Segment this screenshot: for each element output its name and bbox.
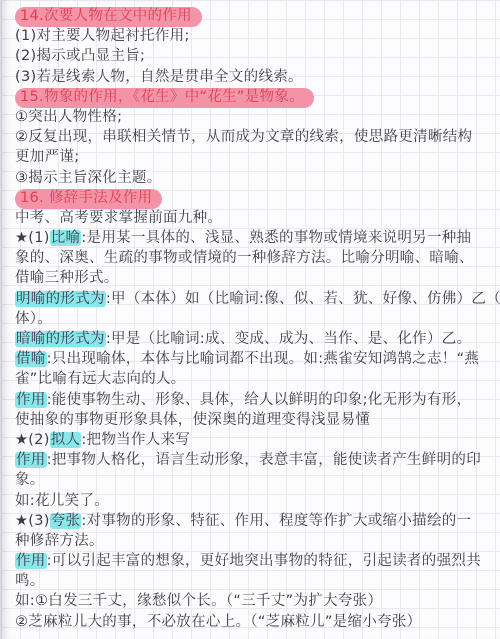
note-line: 作用:能使事物生动、形象、具体，给人以鲜明的印象;化无形为有形， bbox=[15, 390, 497, 410]
note-line: 15.物象的作用，《花生》中“花生”是物象。 bbox=[15, 87, 497, 107]
text-run: 如:花儿笑了。 bbox=[15, 493, 109, 509]
note-line: 种修辞方法。 bbox=[15, 531, 497, 551]
text-run: :把物当作人来写 bbox=[81, 432, 190, 448]
text-run: 中考、高考要求掌握前面九种。 bbox=[15, 210, 222, 226]
text-run: 鸣。 bbox=[15, 573, 45, 589]
highlighted-term: 明喻的形式为 bbox=[15, 291, 106, 307]
text-run: ①突出人物性格; bbox=[15, 109, 122, 125]
highlighted-term: 夸张 bbox=[50, 513, 82, 529]
note-line: 使抽象的事物更形象具体，使深奥的道理变得浅显易懂 bbox=[15, 410, 497, 430]
text-run: 象的、深奥、生疏的事物或情境的一种修辞方法。比喻分明喻、暗喻、 bbox=[15, 250, 474, 266]
note-line: 16. 修辞手法及作用 bbox=[15, 188, 497, 208]
highlighted-term: 比喻 bbox=[50, 230, 82, 246]
section-heading: 16. 修辞手法及作用 bbox=[15, 189, 162, 209]
text-run: 种修辞方法。 bbox=[15, 533, 104, 549]
highlighted-term: 拟人 bbox=[50, 432, 82, 448]
highlighted-term: 借喻 bbox=[15, 351, 47, 367]
text-run: (2)揭示或凸显主旨; bbox=[15, 48, 145, 64]
text-run: (1)对主要人物起衬托作用; bbox=[15, 28, 190, 44]
note-line: 明喻的形式为:甲（本体）如（比喻词:像、似、若、犹、好像、仿佛）乙（喻 bbox=[15, 289, 497, 309]
note-line: 借喻三种形式。 bbox=[15, 268, 497, 288]
note-line: 鸣。 bbox=[15, 571, 497, 591]
note-page: 14.次要人物在文中的作用(1)对主要人物起衬托作用;(2)揭示或凸显主旨;(3… bbox=[0, 0, 500, 639]
note-line: 暗喻的形式为:甲是（比喻词:成、变成、成为、当作、是、化作）乙。 bbox=[15, 329, 497, 349]
text-run: ②芝麻粒儿大的事，不必放在心上。（“芝麻粒儿”是缩小夸张） bbox=[15, 614, 421, 630]
note-line: ★(3)夸张:对事物的形象、特征、作用、程度等作扩大或缩小描绘的一 bbox=[15, 511, 497, 531]
text-run: 象。 bbox=[15, 472, 45, 488]
text-run: ★(1) bbox=[15, 230, 50, 246]
text-run: :甲是（比喻词:成、变成、成为、当作、是、化作）乙。 bbox=[106, 331, 472, 347]
note-content: 14.次要人物在文中的作用(1)对主要人物起衬托作用;(2)揭示或凸显主旨;(3… bbox=[15, 6, 497, 632]
text-run: :对事物的形象、特征、作用、程度等作扩大或缩小描绘的一 bbox=[81, 513, 471, 529]
text-run: 雀”比喻有远大志向的人。 bbox=[15, 371, 186, 387]
note-line: 象的、深奥、生疏的事物或情境的一种修辞方法。比喻分明喻、暗喻、 bbox=[15, 248, 497, 268]
note-line: (3)若是线索人物，自然是贯串全文的线索。 bbox=[15, 67, 497, 87]
note-line: ②反复出现，串联相关情节，从而成为文章的线索，使思路更清晰结构 bbox=[15, 127, 497, 147]
note-line: 更加严谨; bbox=[15, 147, 497, 167]
section-heading: 15.物象的作用，《花生》中“花生”是物象。 bbox=[15, 88, 314, 108]
note-line: 如:①白发三千丈，缘愁似个长。（“三千丈”为扩大夸张） bbox=[15, 591, 497, 611]
text-run: :把事物人格化，语言生动形象，表意丰富，能使读者产生鲜明的印 bbox=[47, 452, 481, 468]
text-run: :只出现喻体，本体与比喻词都不出现。如:燕雀安知鸿鹄之志！“燕 bbox=[47, 351, 480, 367]
highlighted-term: 作用 bbox=[15, 452, 47, 468]
note-line: 借喻:只出现喻体，本体与比喻词都不出现。如:燕雀安知鸿鹄之志！“燕 bbox=[15, 349, 497, 369]
text-run: :是用某一具体的、浅显、熟悉的事物或情境来说明另一种抽 bbox=[81, 230, 471, 246]
text-run: ②反复出现，串联相关情节，从而成为文章的线索，使思路更清晰结构 bbox=[15, 129, 472, 145]
note-line: ②芝麻粒儿大的事，不必放在心上。（“芝麻粒儿”是缩小夸张） bbox=[15, 612, 497, 632]
highlighted-term: 暗喻的形式为 bbox=[15, 331, 106, 347]
text-run: :甲（本体）如（比喻词:像、似、若、犹、好像、仿佛）乙（喻 bbox=[106, 291, 500, 307]
highlighted-term: 作用 bbox=[15, 553, 47, 569]
text-run: ③揭示主旨深化主题。 bbox=[15, 170, 162, 186]
note-line: ★(1)比喻:是用某一具体的、浅显、熟悉的事物或情境来说明另一种抽 bbox=[15, 228, 497, 248]
note-line: 如:花儿笑了。 bbox=[15, 491, 497, 511]
section-heading: 14.次要人物在文中的作用 bbox=[15, 7, 202, 27]
note-line: ①突出人物性格; bbox=[15, 107, 497, 127]
note-line: 作用:把事物人格化，语言生动形象，表意丰富，能使读者产生鲜明的印 bbox=[15, 450, 497, 470]
note-line: 体）。 bbox=[15, 309, 497, 329]
text-run: 如:①白发三千丈，缘愁似个长。（“三千丈”为扩大夸张） bbox=[15, 593, 382, 609]
text-run: 体）。 bbox=[15, 311, 52, 327]
note-line: 象。 bbox=[15, 470, 497, 490]
text-run: 借喻三种形式。 bbox=[15, 270, 119, 286]
text-run: :可以引起丰富的想象，更好地突出事物的特征，引起读者的强烈共 bbox=[47, 553, 481, 569]
note-line: 中考、高考要求掌握前面九种。 bbox=[15, 208, 497, 228]
highlighted-term: 作用 bbox=[15, 392, 47, 408]
note-line: 14.次要人物在文中的作用 bbox=[15, 6, 497, 26]
text-run: (3)若是线索人物，自然是贯串全文的线索。 bbox=[15, 69, 303, 85]
note-line: ③揭示主旨深化主题。 bbox=[15, 168, 497, 188]
note-line: 雀”比喻有远大志向的人。 bbox=[15, 369, 497, 389]
text-run: :能使事物生动、形象、具体，给人以鲜明的印象;化无形为有形， bbox=[47, 392, 472, 408]
text-run: ★(2) bbox=[15, 432, 50, 448]
note-line: (1)对主要人物起衬托作用; bbox=[15, 26, 497, 46]
text-run: ★(3) bbox=[15, 513, 50, 529]
note-line: (2)揭示或凸显主旨; bbox=[15, 46, 497, 66]
note-line: ★(2)拟人:把物当作人来写 bbox=[15, 430, 497, 450]
text-run: 更加严谨; bbox=[15, 149, 79, 165]
text-run: 使抽象的事物更形象具体，使深奥的道理变得浅显易懂 bbox=[15, 412, 370, 428]
note-line: 作用:可以引起丰富的想象，更好地突出事物的特征，引起读者的强烈共 bbox=[15, 551, 497, 571]
